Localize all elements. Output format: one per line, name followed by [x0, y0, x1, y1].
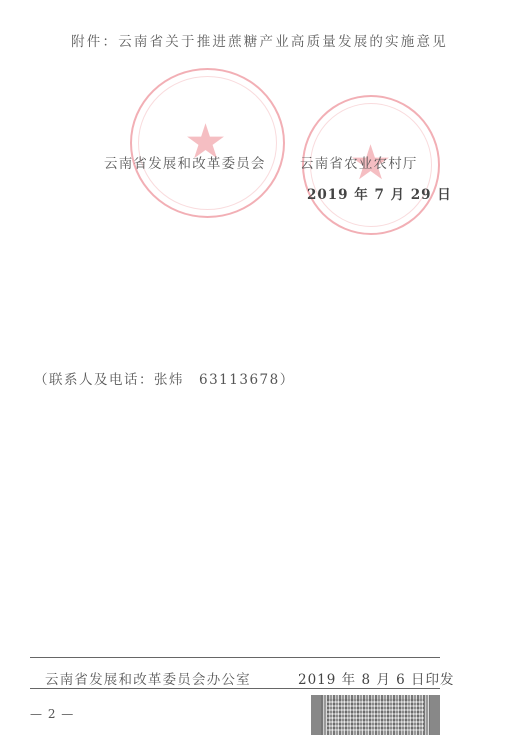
page-number: — 2 — [30, 707, 74, 721]
seal-development-reform-commission: ★ [130, 68, 285, 218]
footer-bottom-rule [30, 688, 440, 689]
footer-issue-date: 2019 年 8 月 6 日印发 [298, 668, 455, 688]
footer-issuer: 云南省发展和改革委员会办公室 [45, 668, 251, 688]
signatory-2: 云南省农业农村厅 [300, 152, 418, 172]
barcode-image [311, 695, 440, 735]
signatory-1: 云南省发展和改革委员会 [104, 152, 266, 172]
attachment-title: 附件：云南省关于推进蔗糖产业高质量发展的实施意见 [0, 30, 519, 50]
contact-info: （联系人及电话：张炜 63113678） [34, 368, 295, 388]
signing-date: 2019 年 7 月 29 日 [307, 183, 452, 203]
footer-top-rule [30, 657, 440, 658]
